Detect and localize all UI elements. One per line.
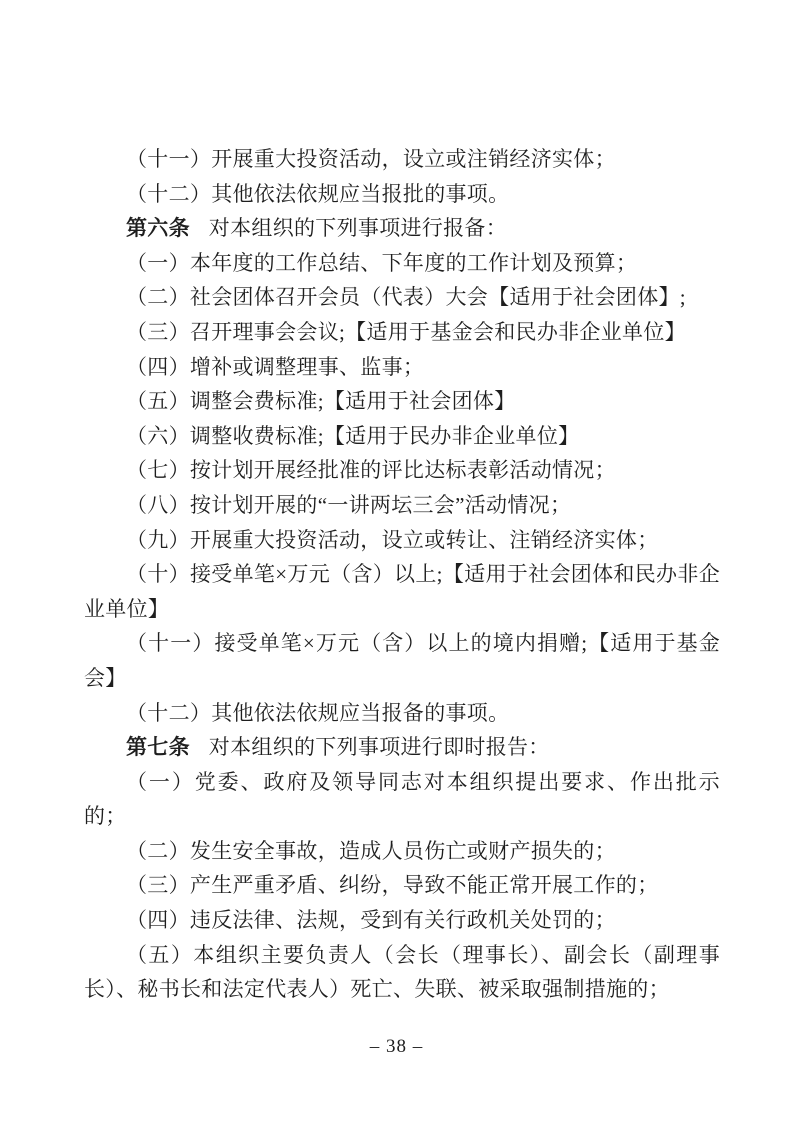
paragraph-text: （三）产生严重矛盾、纠纷，导致不能正常开展工作的； [126,873,659,897]
page-footer: – 38 – [0,1036,793,1058]
article-term: 第六条 [126,216,190,240]
paragraph-text: （十二）其他依法依规应当报批的事项。 [126,182,509,206]
paragraph: （二）社会团体召开会员（代表）大会【适用于社会团体】; [84,280,720,315]
paragraph-text: （六）调整收费标准;【适用于民办非企业单位】 [126,424,579,448]
paragraph: （三）召开理事会会议;【适用于基金会和民办非企业单位】 [84,315,720,350]
paragraph-text: （十）接受单笔×万元（含）以上;【适用于社会团体和民办非企业单位】 [84,562,720,621]
paragraph: （十二）其他依法依规应当报批的事项。 [84,177,720,212]
paragraph-text: （四）增补或调整理事、监事； [126,355,424,379]
document-body: （十一）开展重大投资活动，设立或注销经济实体；（十二）其他依法依规应当报批的事项… [84,142,720,1007]
paragraph-text: （五）调整会费标准;【适用于社会团体】 [126,389,516,413]
paragraph-text: （一）党委、政府及领导同志对本组织提出要求、作出批示的； [84,770,720,829]
paragraph-text: （七）按计划开展经批准的评比达标表彰活动情况； [126,458,616,482]
paragraph: （一）党委、政府及领导同志对本组织提出要求、作出批示的； [84,765,720,834]
paragraph-text: （十一）接受单笔×万元（含）以上的境内捐赠;【适用于基金会】 [84,631,720,690]
paragraph: （五）调整会费标准;【适用于社会团体】 [84,384,720,419]
paragraph: （四）增补或调整理事、监事； [84,350,720,385]
paragraph-text: （二）发生安全事故，造成人员伤亡或财产损失的； [126,839,616,863]
page-number: – 38 – [370,1036,424,1057]
paragraph-text: （十一）开展重大投资活动，设立或注销经济实体； [126,147,616,171]
paragraph: （三）产生严重矛盾、纠纷，导致不能正常开展工作的； [84,868,720,903]
paragraph-text: （一）本年度的工作总结、下年度的工作计划及预算； [126,251,637,275]
paragraph: （九）开展重大投资活动，设立或转让、注销经济实体； [84,523,720,558]
article-paragraph: 第六条对本组织的下列事项进行报备： [84,211,720,246]
paragraph: （十一）接受单笔×万元（含）以上的境内捐赠;【适用于基金会】 [84,626,720,695]
paragraph-text: 对本组织的下列事项进行报备： [209,216,507,240]
paragraph: （一）本年度的工作总结、下年度的工作计划及预算； [84,246,720,281]
paragraph: （五）本组织主要负责人（会长（理事长）、副会长（副理事长）、秘书长和法定代表人）… [84,938,720,1007]
paragraph: （十一）开展重大投资活动，设立或注销经济实体； [84,142,720,177]
paragraph: （八）按计划开展的“一讲两坛三会”活动情况； [84,488,720,523]
paragraph: （二）发生安全事故，造成人员伤亡或财产损失的； [84,834,720,869]
article-paragraph: 第七条对本组织的下列事项进行即时报告： [84,730,720,765]
document-page: （十一）开展重大投资活动，设立或注销经济实体；（十二）其他依法依规应当报批的事项… [0,0,793,1122]
paragraph-text: （十二）其他依法依规应当报备的事项。 [126,701,509,725]
paragraph-text: 对本组织的下列事项进行即时报告： [209,735,550,759]
paragraph-text: （四）违反法律、法规，受到有关行政机关处罚的； [126,908,616,932]
paragraph-text: （八）按计划开展的“一讲两坛三会”活动情况； [126,493,571,517]
paragraph: （四）违反法律、法规，受到有关行政机关处罚的； [84,903,720,938]
paragraph-text: （三）召开理事会会议;【适用于基金会和民办非企业单位】 [126,320,686,344]
paragraph-text: （二）社会团体召开会员（代表）大会【适用于社会团体】; [126,285,686,309]
paragraph: （十）接受单笔×万元（含）以上;【适用于社会团体和民办非企业单位】 [84,557,720,626]
article-term: 第七条 [126,735,190,759]
paragraph: （六）调整收费标准;【适用于民办非企业单位】 [84,419,720,454]
paragraph: （十二）其他依法依规应当报备的事项。 [84,696,720,731]
paragraph-text: （五）本组织主要负责人（会长（理事长）、副会长（副理事长）、秘书长和法定代表人）… [84,943,720,1002]
paragraph: （七）按计划开展经批准的评比达标表彰活动情况； [84,453,720,488]
paragraph-text: （九）开展重大投资活动，设立或转让、注销经济实体； [126,528,659,552]
